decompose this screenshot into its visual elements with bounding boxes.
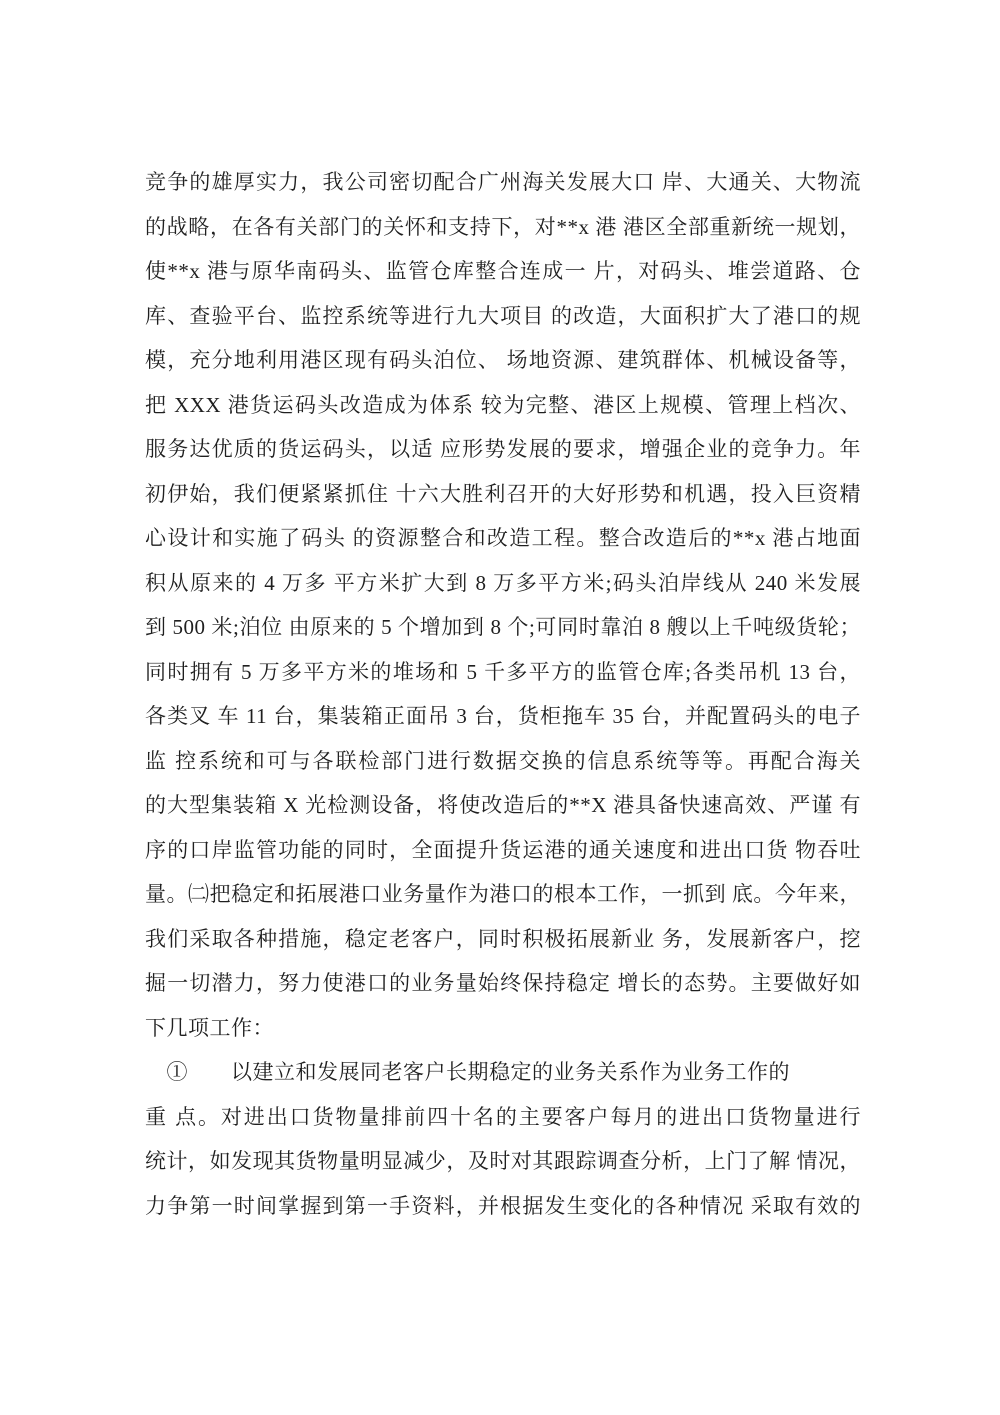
text-line: 统计，如发现其货物量明显减少，及时对其跟踪调查分析，上门了解 情况， [145,1139,861,1184]
text-line: 到 500 米;泊位 由原来的 5 个增加到 8 个;可同时靠泊 8 艘以上千吨… [145,605,861,650]
text-line: 重 点。对进出口货物量排前四十名的主要客户每月的进出口货物量进行 [145,1095,861,1140]
text-line: 力争第一时间掌握到第一手资料，并根据发生变化的各种情况 采取有效的 [145,1184,861,1229]
text-line: 量。㈡把稳定和拓展港口业务量作为港口的根本工作，一抓到 底。今年来， [145,872,861,917]
text-line: 各类叉 车 11 台，集装箱正面吊 3 台，货柜拖车 35 台，并配置码头的电子 [145,694,861,739]
text-line: 库、查验平台、监控系统等进行九大项目 的改造，大面积扩大了港口的规 [145,294,861,339]
text-line: 的战略，在各有关部门的关怀和支持下，对**x 港 港区全部重新统一规划， [145,205,861,250]
text-line: 监 控系统和可与各联检部门进行数据交换的信息系统等等。再配合海关 [145,739,861,784]
text-line: 初伊始，我们便紧紧抓住 十六大胜利召开的大好形势和机遇，投入巨资精 [145,472,861,517]
text-line: ① 以建立和发展同老客户长期稳定的业务关系作为业务工作的 [145,1050,861,1095]
document-page: 竞争的雄厚实力，我公司密切配合广州海关发展大口 岸、大通关、大物流的战略，在各有… [0,0,1000,1415]
text-line: 掘一切潜力，努力使港口的业务量始终保持稳定 增长的态势。主要做好如 [145,961,861,1006]
text-line: 我们采取各种措施，稳定老客户，同时积极拓展新业 务，发展新客户，挖 [145,917,861,962]
text-line: 心设计和实施了码头 的资源整合和改造工程。整合改造后的**x 港占地面 [145,516,861,561]
document-body: 竞争的雄厚实力，我公司密切配合广州海关发展大口 岸、大通关、大物流的战略，在各有… [145,160,861,1228]
text-line: 使**x 港与原华南码头、监管仓库整合连成一 片，对码头、堆尝道路、仓 [145,249,861,294]
text-line: 同时拥有 5 万多平方米的堆场和 5 千多平方的监管仓库;各类吊机 13 台， [145,650,861,695]
text-line: 下几项工作： [145,1006,861,1051]
text-line: 积从原来的 4 万多 平方米扩大到 8 万多平方米;码头泊岸线从 240 米发展 [145,561,861,606]
text-line: 序的口岸监管功能的同时，全面提升货运港的通关速度和进出口货 物吞吐 [145,828,861,873]
text-line: 模，充分地利用港区现有码头泊位、 场地资源、建筑群体、机械设备等， [145,338,861,383]
text-line: 服务达优质的货运码头，以适 应形势发展的要求，增强企业的竞争力。年 [145,427,861,472]
text-line: 把 XXX 港货运码头改造成为体系 较为完整、港区上规模、管理上档次、 [145,383,861,428]
text-line: 的大型集装箱 X 光检测设备，将使改造后的**X 港具备快速高效、严谨 有 [145,783,861,828]
text-line: 竞争的雄厚实力，我公司密切配合广州海关发展大口 岸、大通关、大物流 [145,160,861,205]
